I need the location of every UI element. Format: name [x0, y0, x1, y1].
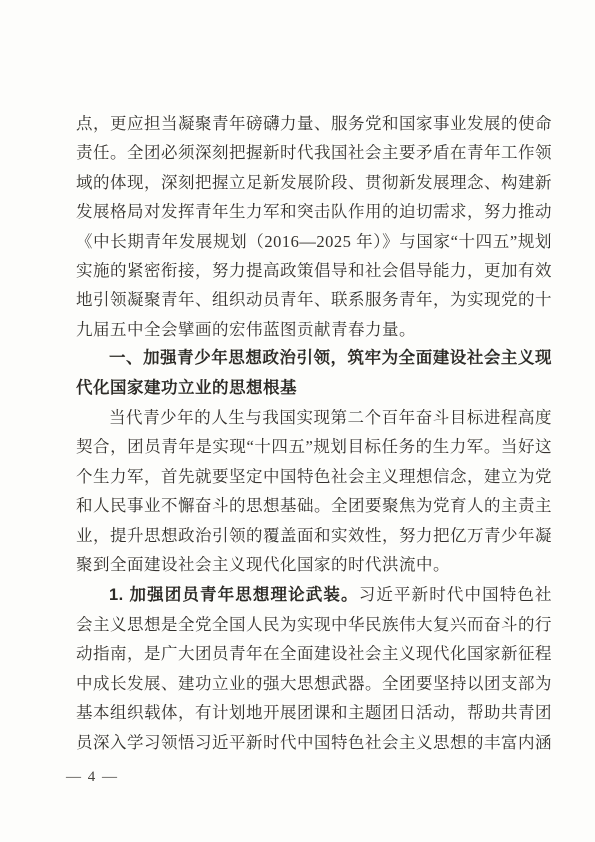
text-block: 点，更应担当凝聚青年磅礴力量、服务党和国家事业发展的使命责任。全团必须深刻把握新…: [76, 109, 552, 757]
section-heading: 一、加强青少年思想政治引领，筑牢为全面建设社会主义现代化国家建功立业的思想根基: [76, 344, 552, 403]
numbered-point-paragraph: 1. 加强团员青年思想理论武装。习近平新时代中国特色社会主义思想是全党全国人民为…: [76, 580, 552, 757]
document-page: 点，更应担当凝聚青年磅礴力量、服务党和国家事业发展的使命责任。全团必须深刻把握新…: [0, 0, 595, 842]
paragraph-body: 当代青少年的人生与我国实现第二个百年奋斗目标进程高度契合，团员青年是实现“十四五…: [76, 403, 552, 579]
numbered-point-lead: 1. 加强团员青年思想理论武装。: [109, 586, 359, 604]
page-number: — 4 —: [66, 768, 119, 786]
paragraph-continuation: 点，更应担当凝聚青年磅礴力量、服务党和国家事业发展的使命责任。全团必须深刻把握新…: [76, 109, 552, 344]
numbered-point-text: 习近平新时代中国特色社会主义思想是全党全国人民为实现中华民族伟大复兴而奋斗的行动…: [76, 585, 552, 752]
